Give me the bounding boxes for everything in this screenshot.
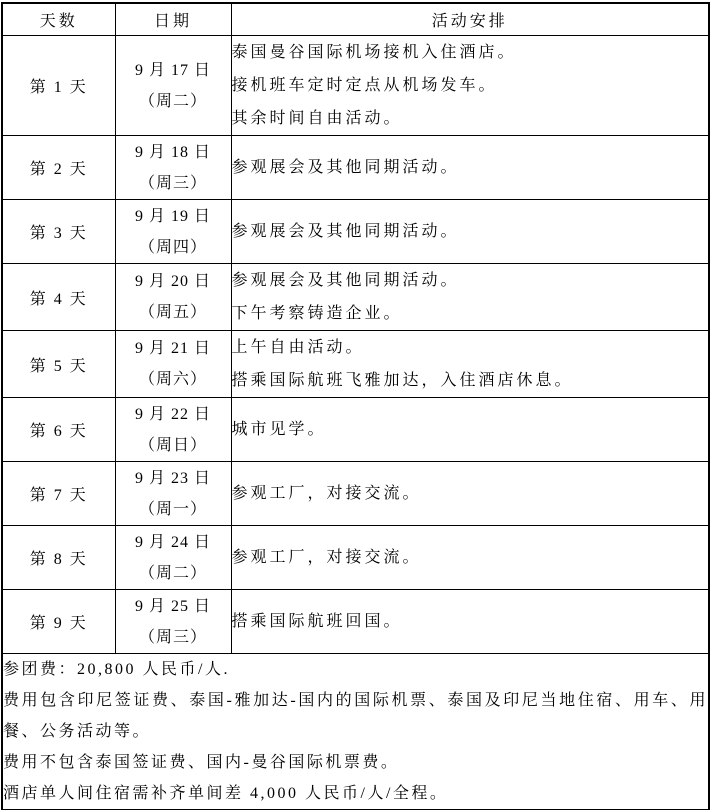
activity-line: 城市见学。	[232, 413, 709, 446]
fee-line-price: 参团费：20,800 人民币/人.	[3, 654, 708, 685]
date-cell: 9 月 25 日 （周三）	[115, 590, 231, 654]
activity-line: 其余时间自由活动。	[232, 102, 709, 135]
activity-line: 参观展会及其他同期活动。	[232, 151, 709, 184]
date-line: （周一）	[116, 494, 231, 525]
date-cell: 9 月 17 日 （周二）	[115, 36, 231, 136]
itinerary-document: 天数 日期 活动安排 第 1 天 9 月 17 日 （周二） 泰国曼谷国际机场接…	[0, 0, 713, 810]
activity-line: 参观工厂，对接交流。	[232, 477, 709, 510]
date-cell: 9 月 19 日 （周四）	[115, 200, 231, 264]
activity-cell: 参观展会及其他同期活动。	[231, 136, 709, 200]
fees-notes-cell: 参团费：20,800 人民币/人. 费用包含印尼签证费、泰国-雅加达-国内的国际…	[2, 654, 709, 810]
activity-line: 接机班车定时定点从机场发车。	[232, 69, 709, 102]
date-cell: 9 月 20 日 （周五）	[115, 264, 231, 331]
date-cell: 9 月 24 日 （周二）	[115, 526, 231, 590]
fee-line-single-room: 酒店单人间住宿需补齐单间差 4,000 人民币/人/全程。	[3, 778, 708, 809]
activity-cell: 参观工厂，对接交流。	[231, 526, 709, 590]
date-line: 9 月 22 日	[116, 399, 231, 430]
day-cell: 第 1 天	[2, 36, 115, 136]
fee-line-included: 费用包含印尼签证费、泰国-雅加达-国内的国际机票、泰国及印尼当地住宿、用车、用餐…	[3, 685, 708, 747]
date-line: （周三）	[116, 168, 231, 199]
table-row-day6: 第 6 天 9 月 22 日 （周日） 城市见学。	[2, 398, 709, 462]
table-row-day3: 第 3 天 9 月 19 日 （周四） 参观展会及其他同期活动。	[2, 200, 709, 264]
date-line: （周二）	[116, 86, 231, 117]
date-line: （周四）	[116, 232, 231, 263]
date-cell: 9 月 21 日 （周六）	[115, 331, 231, 398]
table-row-day8: 第 8 天 9 月 24 日 （周二） 参观工厂，对接交流。	[2, 526, 709, 590]
activity-cell: 搭乘国际航班回国。	[231, 590, 709, 654]
date-cell: 9 月 22 日 （周日）	[115, 398, 231, 462]
activity-line: 参观展会及其他同期活动。	[232, 215, 709, 248]
activity-cell: 城市见学。	[231, 398, 709, 462]
activity-line: 上午自由活动。	[232, 331, 709, 364]
header-days: 天数	[2, 3, 115, 36]
table-row-day7: 第 7 天 9 月 23 日 （周一） 参观工厂，对接交流。	[2, 462, 709, 526]
header-activities: 活动安排	[231, 3, 709, 36]
date-line: 9 月 20 日	[116, 266, 231, 297]
day-cell: 第 2 天	[2, 136, 115, 200]
date-line: （周二）	[116, 558, 231, 589]
activity-cell: 泰国曼谷国际机场接机入住酒店。 接机班车定时定点从机场发车。 其余时间自由活动。	[231, 36, 709, 136]
day-cell: 第 8 天	[2, 526, 115, 590]
date-line: 9 月 19 日	[116, 201, 231, 232]
activity-cell: 参观展会及其他同期活动。 下午考察铸造企业。	[231, 264, 709, 331]
activity-line: 参观工厂，对接交流。	[232, 541, 709, 574]
day-cell: 第 4 天	[2, 264, 115, 331]
footer-row: 参团费：20,800 人民币/人. 费用包含印尼签证费、泰国-雅加达-国内的国际…	[2, 654, 709, 810]
day-cell: 第 9 天	[2, 590, 115, 654]
header-row: 天数 日期 活动安排	[2, 3, 709, 36]
activity-line: 泰国曼谷国际机场接机入住酒店。	[232, 36, 709, 69]
day-cell: 第 6 天	[2, 398, 115, 462]
date-line: 9 月 23 日	[116, 463, 231, 494]
fee-line-excluded: 费用不包含泰国签证费、国内-曼谷国际机票费。	[3, 747, 708, 778]
date-cell: 9 月 18 日 （周三）	[115, 136, 231, 200]
date-line: （周日）	[116, 430, 231, 461]
activity-cell: 参观展会及其他同期活动。	[231, 200, 709, 264]
activity-line: 搭乘国际航班飞雅加达，入住酒店休息。	[232, 364, 709, 397]
date-line: （周三）	[116, 622, 231, 653]
table-row-day2: 第 2 天 9 月 18 日 （周三） 参观展会及其他同期活动。	[2, 136, 709, 200]
date-line: 9 月 24 日	[116, 527, 231, 558]
table-row-day4: 第 4 天 9 月 20 日 （周五） 参观展会及其他同期活动。 下午考察铸造企…	[2, 264, 709, 331]
table-row-day5: 第 5 天 9 月 21 日 （周六） 上午自由活动。 搭乘国际航班飞雅加达，入…	[2, 331, 709, 398]
day-cell: 第 3 天	[2, 200, 115, 264]
date-line: 9 月 25 日	[116, 591, 231, 622]
day-cell: 第 7 天	[2, 462, 115, 526]
activity-cell: 参观工厂，对接交流。	[231, 462, 709, 526]
date-cell: 9 月 23 日 （周一）	[115, 462, 231, 526]
itinerary-table: 天数 日期 活动安排 第 1 天 9 月 17 日 （周二） 泰国曼谷国际机场接…	[1, 2, 710, 810]
day-cell: 第 5 天	[2, 331, 115, 398]
date-line: 9 月 18 日	[116, 137, 231, 168]
activity-line: 下午考察铸造企业。	[232, 297, 709, 330]
date-line: 9 月 17 日	[116, 55, 231, 86]
date-line: 9 月 21 日	[116, 333, 231, 364]
date-line: （周六）	[116, 364, 231, 395]
activity-line: 搭乘国际航班回国。	[232, 605, 709, 638]
activity-line: 参观展会及其他同期活动。	[232, 264, 709, 297]
activity-cell: 上午自由活动。 搭乘国际航班飞雅加达，入住酒店休息。	[231, 331, 709, 398]
date-line: （周五）	[116, 297, 231, 328]
header-date: 日期	[115, 3, 231, 36]
table-row-day9: 第 9 天 9 月 25 日 （周三） 搭乘国际航班回国。	[2, 590, 709, 654]
table-row-day1: 第 1 天 9 月 17 日 （周二） 泰国曼谷国际机场接机入住酒店。 接机班车…	[2, 36, 709, 136]
